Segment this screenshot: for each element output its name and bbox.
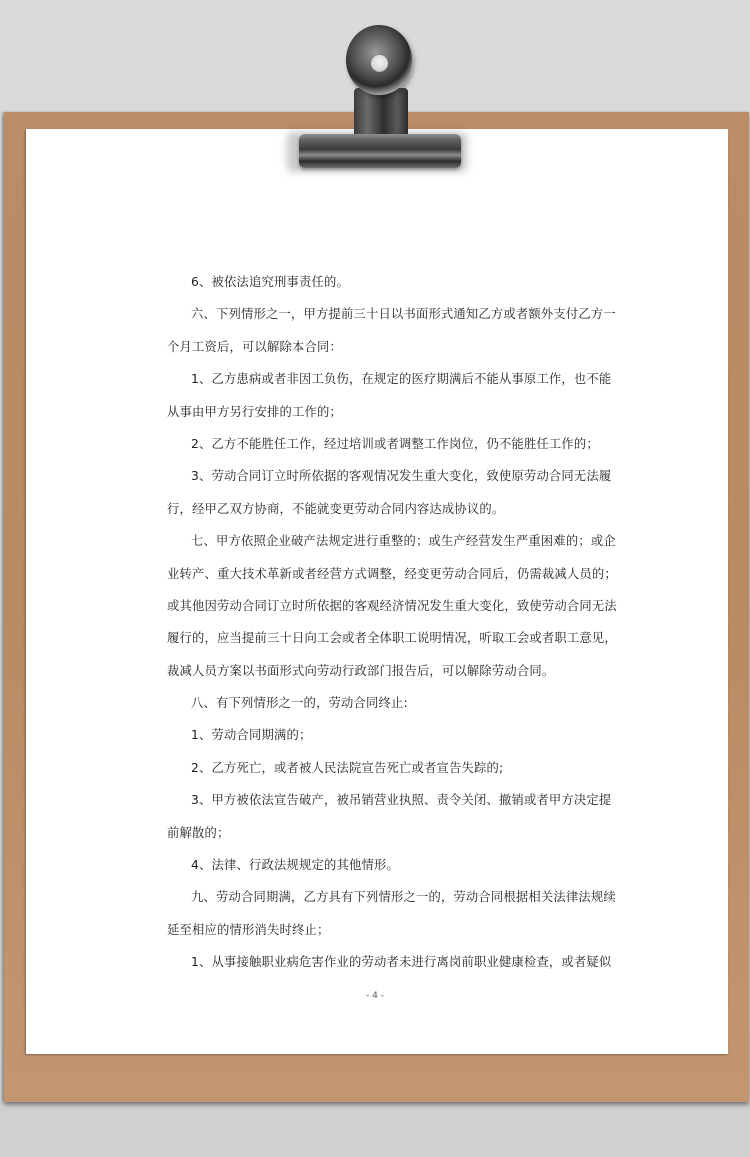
- page-number: - 4 -: [0, 991, 750, 1001]
- text-line: 八、有下列情形之一的，劳动合同终止:: [167, 693, 585, 725]
- text-line: 4、法律、行政法规规定的其他情形。: [167, 855, 585, 887]
- text-line: 业转产、重大技术革新或者经营方式调整，经变更劳动合同后，仍需裁减人员的；: [167, 564, 585, 596]
- text-line: 1、乙方患病或者非因工负伤，在规定的医疗期满后不能从事原工作，也不能: [167, 369, 585, 401]
- text-line: 1、劳动合同期满的；: [167, 725, 585, 757]
- text-line: 九、劳动合同期满，乙方具有下列情形之一的，劳动合同根据相关法律法规续: [167, 887, 585, 919]
- text-line: 2、乙方不能胜任工作，经过培训或者调整工作岗位，仍不能胜任工作的；: [167, 434, 585, 466]
- text-line: 3、甲方被依法宣告破产，被吊销营业执照、责令关闭、撤销或者甲方决定提: [167, 790, 585, 822]
- text-line: 延至相应的情形消失时终止；: [167, 920, 585, 952]
- text-line: 行，经甲乙双方协商，不能就变更劳动合同内容达成协议的。: [167, 499, 585, 531]
- text-line: 6、被依法追究刑事责任的。: [167, 272, 585, 304]
- text-line: 七、甲方依照企业破产法规定进行重整的；或生产经营发生严重困难的；或企: [167, 531, 585, 563]
- text-line: 个月工资后，可以解除本合同：: [167, 337, 585, 369]
- text-line: 1、从事接触职业病危害作业的劳动者未进行离岗前职业健康检查，或者疑似: [167, 952, 585, 984]
- document-body: 6、被依法追究刑事责任的。 六、下列情形之一，甲方提前三十日以书面形式通知乙方或…: [167, 272, 585, 985]
- clip-ring: [346, 25, 412, 95]
- text-line: 前解散的；: [167, 823, 585, 855]
- text-line: 或其他因劳动合同订立时所依据的客观经济情况发生重大变化，致使劳动合同无法: [167, 596, 585, 628]
- text-line: 裁减人员方案以书面形式向劳动行政部门报告后，可以解除劳动合同。: [167, 661, 585, 693]
- text-line: 2、乙方死亡，或者被人民法院宣告死亡或者宣告失踪的;: [167, 758, 585, 790]
- text-line: 履行的，应当提前三十日向工会或者全体职工说明情况，听取工会或者职工意见，: [167, 628, 585, 660]
- clip-hole: [371, 55, 388, 72]
- text-line: 从事由甲方另行安排的工作的；: [167, 402, 585, 434]
- text-line: 六、下列情形之一，甲方提前三十日以书面形式通知乙方或者额外支付乙方一: [167, 304, 585, 336]
- text-line: 3、劳动合同订立时所依据的客观情况发生重大变化，致使原劳动合同无法履: [167, 466, 585, 498]
